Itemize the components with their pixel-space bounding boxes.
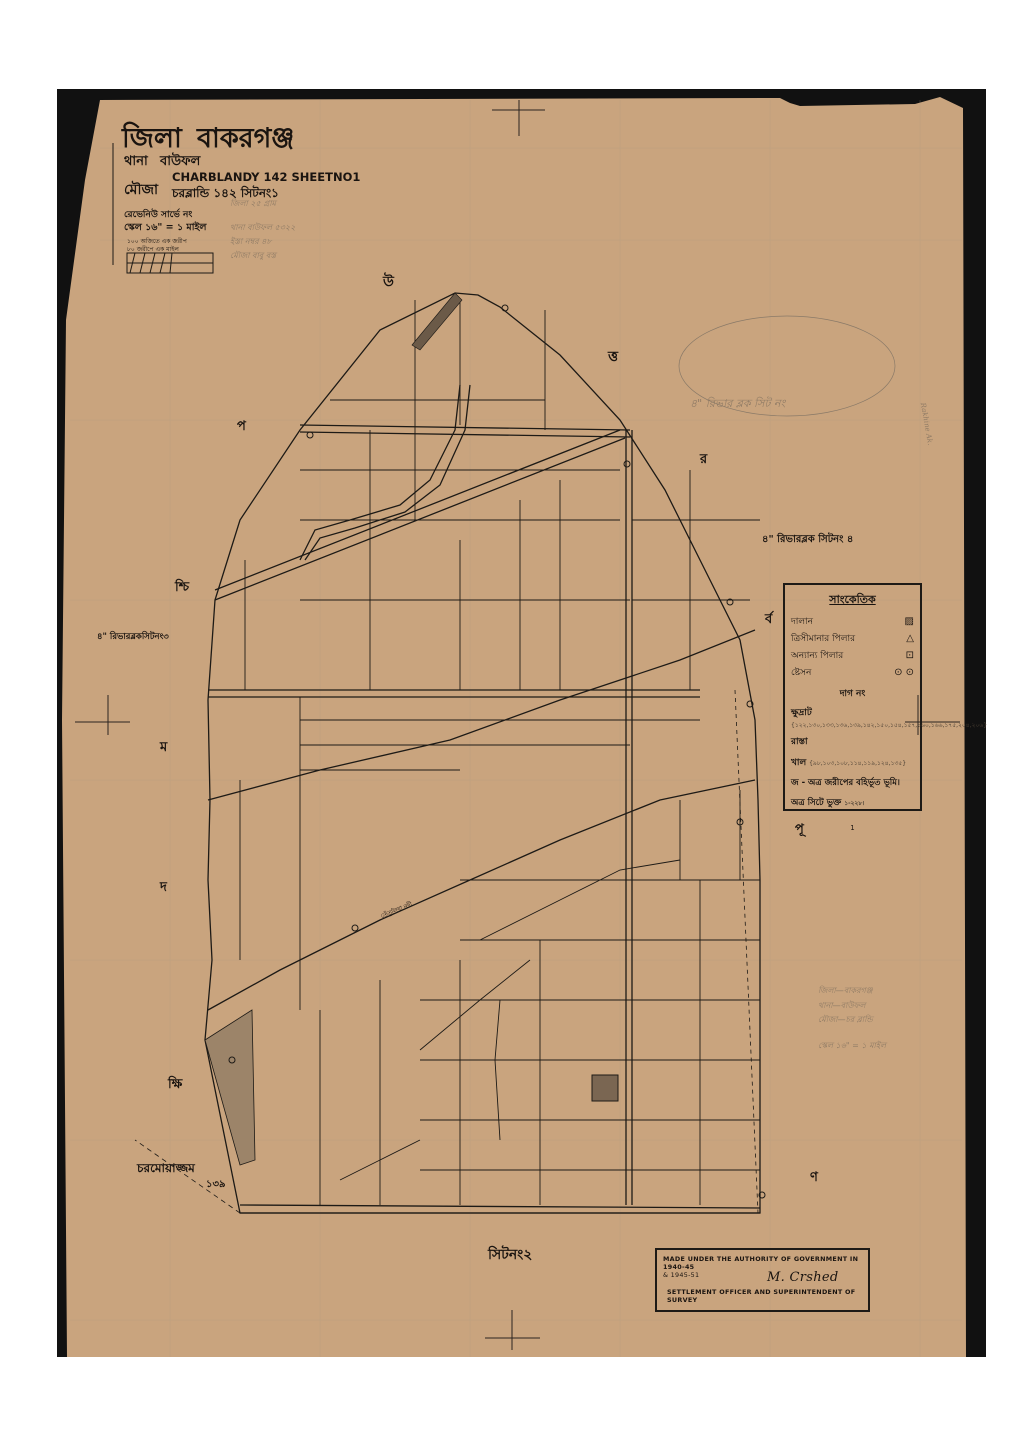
stamp-line-1: MADE UNDER THE AUTHORITY OF GOVERNMENT I… — [663, 1255, 862, 1271]
direction-letter: ম — [160, 738, 167, 759]
district-name: বাকরগঞ্জ — [197, 118, 294, 163]
map-legend: সাংকেতিক দালান▨ ত্রিসীমানার পিলার△ অন্যা… — [783, 583, 922, 811]
margin-note: মৌজা—চর ব্লান্ডি — [818, 1014, 873, 1027]
mouza-name-en: CHARBLANDY 142 SHEETNO1 — [172, 170, 360, 184]
legend-label: খাল — [791, 758, 806, 768]
adjoining-mouza-number: ১৩৯ — [206, 1177, 225, 1194]
legend-label: ত্রিসীমানার পিলার — [791, 631, 855, 646]
legend-label: অত্র সিটে ভুক্ত — [791, 798, 841, 808]
stamp-line-3: SETTLEMENT OFFICER AND SUPERINTENDENT OF… — [667, 1288, 868, 1304]
direction-letter: উ — [383, 270, 394, 294]
direction-letter: দ — [160, 878, 167, 899]
adjacent-sheet-label-right: ৪" রিভারব্লক সিটনং ৪ — [762, 532, 853, 549]
legend-label: ষ্টেসন — [791, 665, 811, 680]
margin-note: জিলা—বাকরগঞ্জ — [818, 985, 873, 998]
bottom-sheet-label: সিটনং২ — [488, 1243, 532, 1267]
direction-letter: ক্ষি — [168, 1075, 182, 1096]
legend-section-title: দাগ নং — [791, 686, 914, 701]
legend-row: অন্যান্য পিলার⊡ — [791, 648, 914, 663]
tri-junction-pillar-icon: △ — [906, 633, 914, 644]
header-pencil-note: মৌজা বাবু বস্ত — [230, 250, 276, 263]
building-icon: ▨ — [905, 616, 914, 627]
legend-excluded-note: জ - অত্র জরীপের বহির্ভূত ভূমি। — [791, 776, 914, 790]
legend-plot-row: ক্ষুদ্রাট {১২২,১৩০,১৩৩,১৩৬,১৩৯,১৪২,১৫০,১… — [791, 705, 914, 731]
legend-included-row: অত্র সিটে ভুক্ত ১-২২৮। — [791, 796, 914, 810]
direction-letter: ণ — [810, 1168, 818, 1189]
direction-letter: র্ব — [765, 610, 772, 631]
legend-row: ষ্টেসন⊙ ⊙ — [791, 665, 914, 680]
scale-note-2: ৮০ জরীপে এক মাইল — [127, 244, 179, 255]
header-pencil-note: থানা বাউফল ৫৩২২ — [230, 222, 295, 235]
legend-label: অন্যান্য পিলার — [791, 648, 843, 663]
header-pencil-note: জিলা ২৫ গ্রাম — [230, 198, 276, 211]
legend-values: {৯৮,১০৩,১০৮,১১৪,১১৯,১২৪,১৩৫} — [809, 760, 906, 767]
mouza-label: মৌজা — [124, 178, 158, 202]
adjoining-mouza-name: চরমোয়াজ্জম — [137, 1160, 195, 1180]
legend-title: সাংকেতিক — [791, 591, 914, 610]
thana-label: থানা — [124, 152, 148, 173]
direction-letter: প — [237, 417, 246, 438]
direction-letter: ত্ত — [608, 345, 618, 369]
margin-note: স্কেল ১৬" = ১ মাইল — [818, 1040, 886, 1053]
pencil-oval-note: ৪" রিভার ব্লক সিট নং — [690, 395, 785, 414]
legend-values: {১২২,১৩০,১৩৩,১৩৬,১৩৯,১৪২,১৫০,১৫৪,১৫৭,১৬০… — [791, 722, 987, 729]
direction-letter: শ্চি — [175, 578, 189, 599]
authority-stamp: MADE UNDER THE AUTHORITY OF GOVERNMENT I… — [655, 1248, 870, 1312]
header-pencil-note: ইস্তা নম্বর ৪৮ — [230, 236, 272, 249]
legend-road-row: রাস্তা — [791, 734, 914, 749]
pillar-icon: ⊡ — [906, 650, 914, 661]
legend-label: রাস্তা — [791, 737, 808, 747]
revenue-survey: রেভেনিউ সার্ভে নং — [124, 207, 192, 222]
scale-text: স্কেল ১৬" = ১ মাইল — [124, 221, 206, 236]
direction-letter: র — [700, 450, 707, 471]
station-icon: ⊙ ⊙ — [894, 667, 914, 678]
legend-values: ১-২২৮। — [844, 800, 864, 807]
signature: M. Crshed — [767, 1270, 839, 1285]
adjacent-sheet-label-left: ৪" রিভারব্লকসিটনং৩ — [97, 630, 169, 644]
margin-note: থানা—বাউফল — [818, 1000, 865, 1013]
legend-label: ক্ষুদ্রাট — [791, 708, 812, 718]
legend-footer: 1 — [791, 824, 914, 832]
legend-row: ত্রিসীমানার পিলার△ — [791, 631, 914, 646]
legend-khal-row: খাল {৯৮,১০৩,১০৮,১১৪,১১৯,১২৪,১৩৫} — [791, 755, 914, 770]
legend-row: দালান▨ — [791, 614, 914, 629]
legend-label: দালান — [791, 614, 813, 629]
